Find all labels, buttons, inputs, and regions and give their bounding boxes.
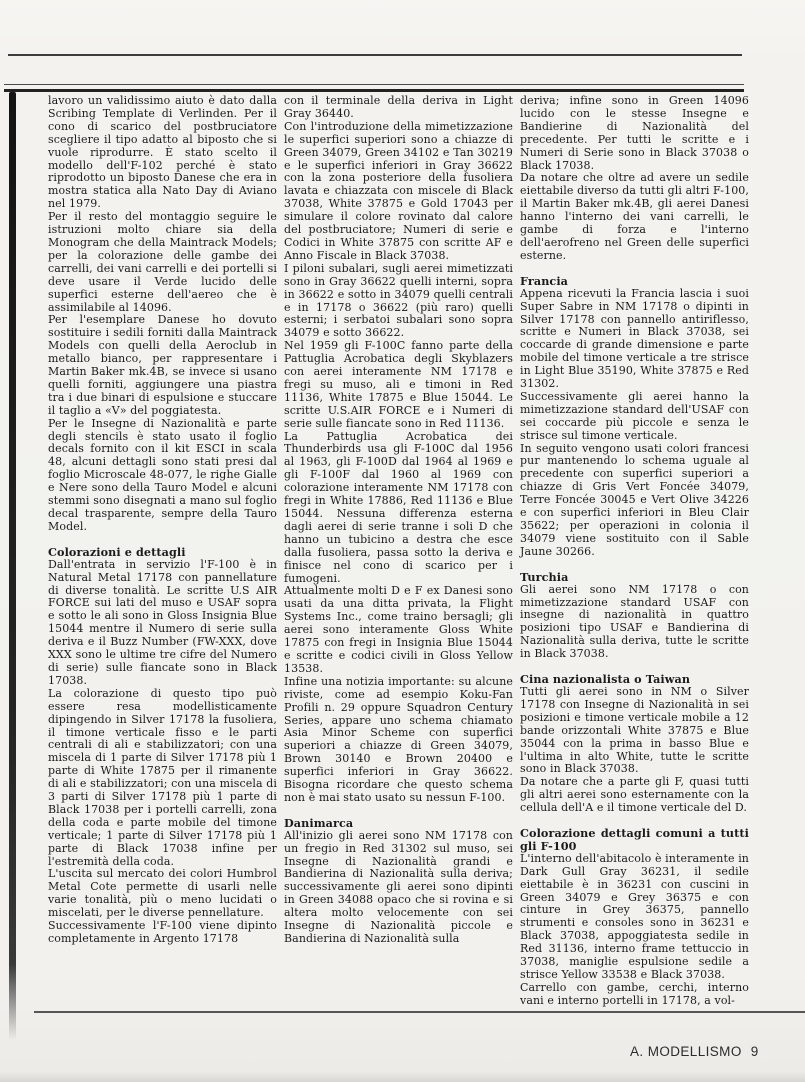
column-2: con il terminale della deriva in Light G… <box>284 95 513 1008</box>
paragraph: Nel 1959 gli F-100C fanno parte della Pa… <box>284 340 513 430</box>
column-3: deriva; infine sono in Green 14096 lucid… <box>520 95 749 1008</box>
paragraph: Gli aerei sono NM 17178 o con mimetizzaz… <box>520 584 749 661</box>
header-rule-thick <box>4 89 744 92</box>
paragraph: L'interno dell'abitacolo è interamente i… <box>520 853 749 982</box>
paragraph: All'inizio gli aerei sono NM 17178 con u… <box>284 830 513 946</box>
footer-page-number: 9 <box>751 1044 759 1059</box>
section-heading-colorazioni: Colorazioni e dettagli <box>48 546 277 559</box>
magazine-page: lavoro un validissimo aiuto è dato dalla… <box>0 0 805 1082</box>
paragraph: Da notare che a parte gli F, quasi tutti… <box>520 776 749 815</box>
paragraph: Per le Insegne di Nazionalità e parte de… <box>48 418 277 534</box>
paragraph: lavoro un validissimo aiuto è dato dalla… <box>48 95 277 211</box>
paragraph: Appena ricevuti la Francia lascia i suoi… <box>520 288 749 391</box>
paragraph: Per l'esemplare Danese ho dovuto sostitu… <box>48 314 277 417</box>
paragraph: La Pattuglia Acrobatica dei Thunderbirds… <box>284 431 513 586</box>
paragraph: Con l'introduzione della mimetizzazione … <box>284 121 513 263</box>
paragraph: La colorazione di questo tipo può essere… <box>48 688 277 869</box>
scan-edge-shadow <box>0 1072 805 1082</box>
footer-magazine-title: A. MODELLISMO <box>630 1044 742 1059</box>
column-1: lavoro un validissimo aiuto è dato dalla… <box>48 95 277 1008</box>
paragraph: Successivamente gli aerei hanno la mimet… <box>520 391 749 443</box>
paragraph: Successivamente l'F-100 viene dipinto co… <box>48 920 277 946</box>
page-gutter-bar <box>9 92 16 1040</box>
paragraph: Carrello con gambe, cerchi, interno vani… <box>520 982 749 1008</box>
footer-rule <box>34 1011 805 1013</box>
paragraph: In seguito vengono usati colori francesi… <box>520 443 749 559</box>
page-footer: A. MODELLISMO9 <box>630 1044 759 1059</box>
paragraph: I piloni subalari, sugli aerei mimetizza… <box>284 263 513 340</box>
paragraph: con il terminale della deriva in Light G… <box>284 95 513 121</box>
paragraph: Per il resto del montaggio seguire le is… <box>48 211 277 314</box>
article-columns: lavoro un validissimo aiuto è dato dalla… <box>48 95 749 1008</box>
paragraph: Attualmente molti D e F ex Danesi sono u… <box>284 585 513 675</box>
paragraph: Da notare che oltre ad avere un sedile e… <box>520 172 749 262</box>
section-heading-turchia: Turchia <box>520 571 749 584</box>
paragraph: Dall'entrata in servizio l'F-100 è in Na… <box>48 559 277 688</box>
paragraph: Tutti gli aerei sono in NM o Silver 1717… <box>520 686 749 776</box>
paragraph: L'uscita sul mercato dei colori Humbrol … <box>48 868 277 920</box>
section-heading-francia: Francia <box>520 275 749 288</box>
top-rule <box>8 54 742 56</box>
section-heading-colorazione-comuni: Colorazione dettagli comuni a tutti gli … <box>520 827 749 853</box>
section-heading-danimarca: Danimarca <box>284 817 513 830</box>
paragraph: deriva; infine sono in Green 14096 lucid… <box>520 95 749 172</box>
paragraph: Infine una notizia importante: su alcune… <box>284 676 513 805</box>
header-rule-thin <box>4 84 744 85</box>
